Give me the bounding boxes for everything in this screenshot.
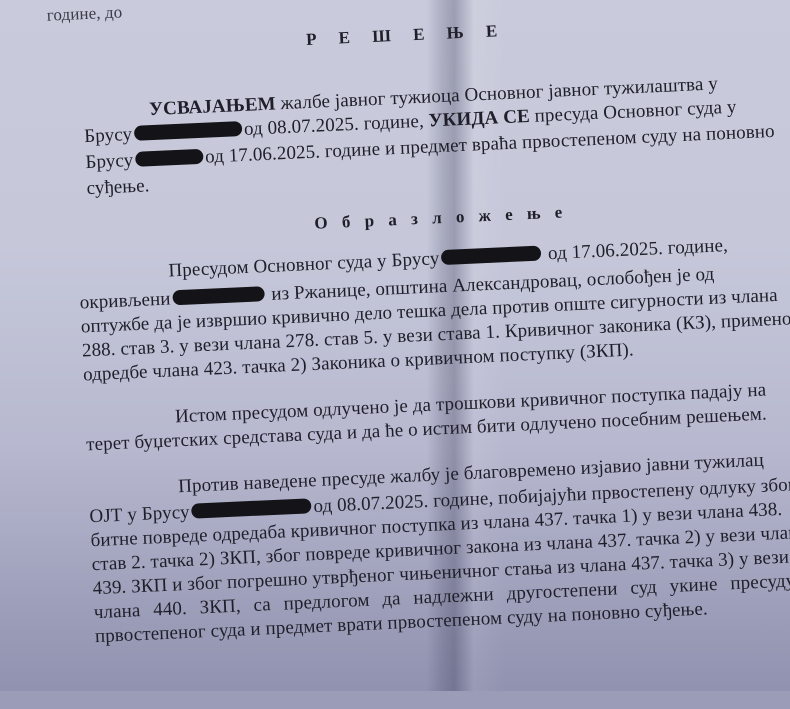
document-title: Р Е Ш Е Њ Е [306, 21, 507, 50]
redaction-box [172, 286, 265, 305]
ruling-line-2-prefix: Брусу [84, 124, 133, 147]
para3-line-2-prefix: ОЈТ у Брусу [89, 502, 190, 528]
top-fragment: године, до [46, 2, 122, 25]
ruling-line-3-prefix: Брусу [85, 150, 134, 173]
ruling-accept-bold: УСВАЈАЊЕМ [149, 93, 276, 120]
redaction-box [134, 121, 243, 141]
reasoning-heading: О б р а з л о ж е њ е [314, 202, 568, 233]
redaction-box [441, 246, 542, 266]
para1-line-1-text: од 17.06.2025. године, [548, 235, 729, 264]
redaction-box [191, 498, 312, 518]
court-decision-document: године, до Р Е Ш Е Њ Е УСВАЈАЊЕМ жалбе ј… [0, 0, 790, 691]
ruling-annul-bold: УКИДА СЕ [428, 106, 530, 132]
para1-line-2-prefix: окривљени [79, 288, 171, 313]
para1-line-1-prefix: Пресудом Основног суда у Брусу [168, 248, 440, 281]
redaction-box [135, 149, 204, 167]
ruling-line-4: суђење. [86, 175, 150, 200]
